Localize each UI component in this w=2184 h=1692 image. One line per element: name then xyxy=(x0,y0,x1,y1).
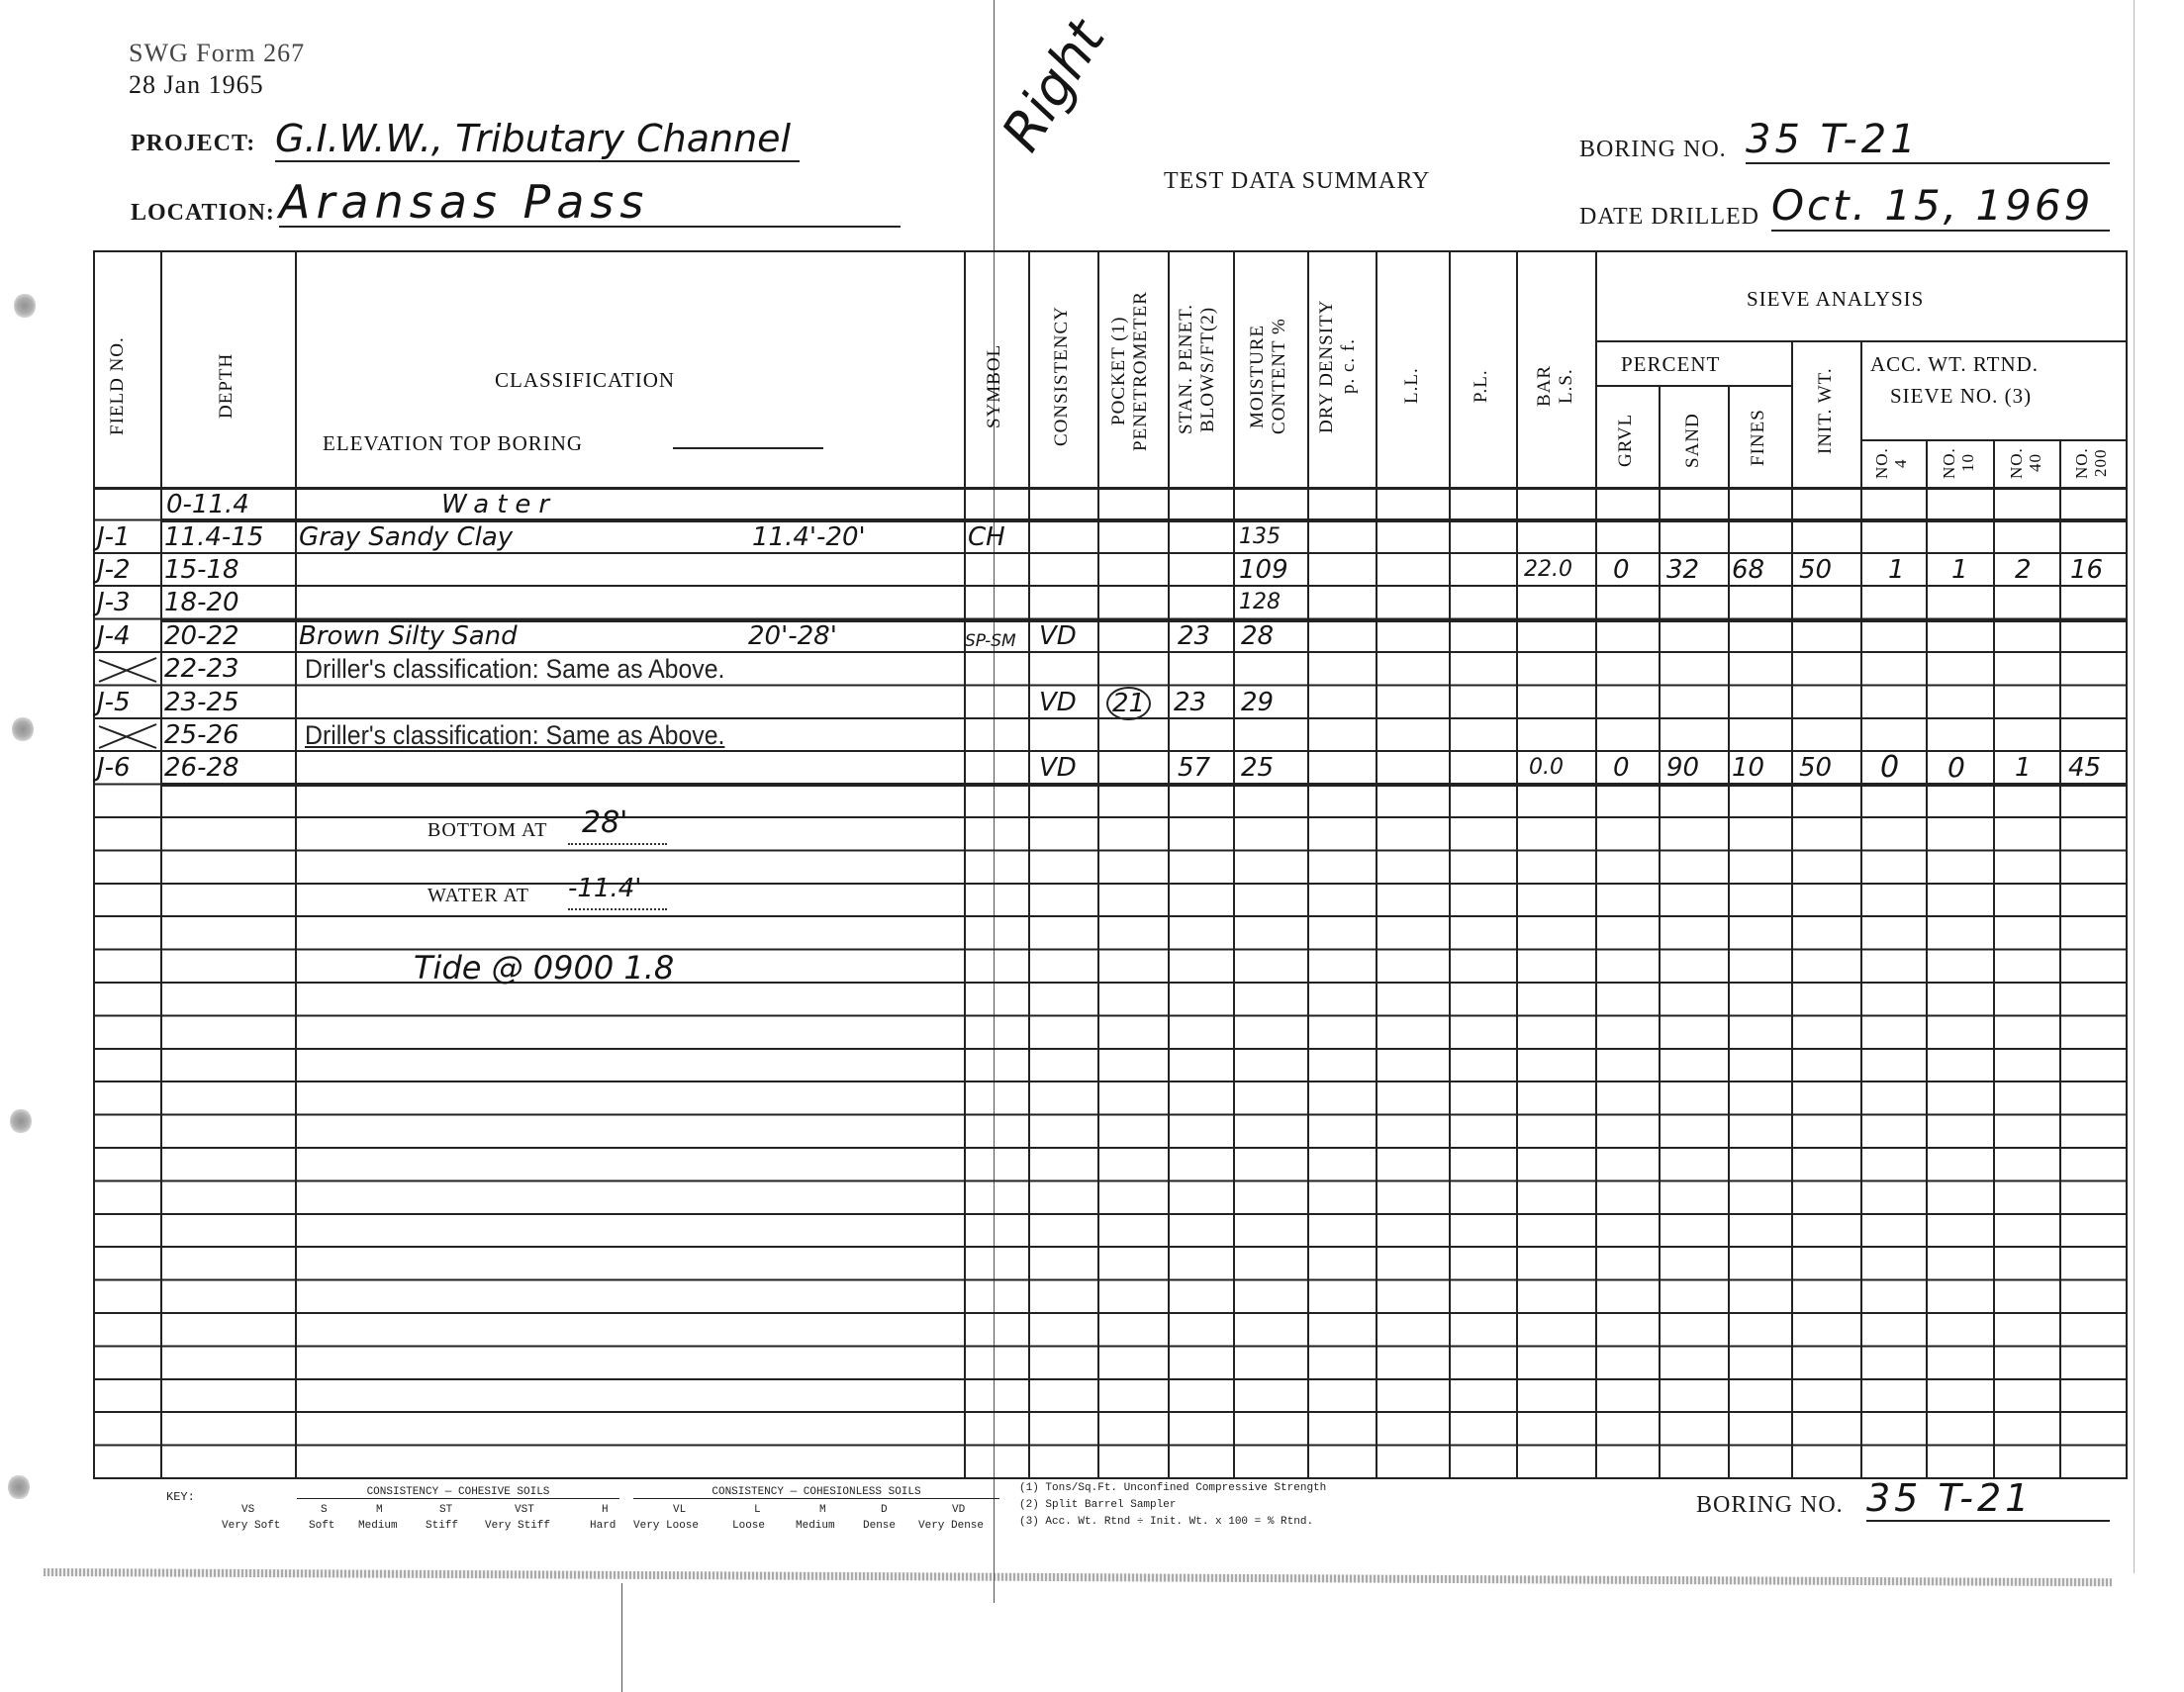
no200-cell: 16 xyxy=(2070,554,2103,586)
bar-ls-cell: 22.0 xyxy=(1524,554,1572,586)
fines-cell: 68 xyxy=(1732,554,1764,586)
project-value: G.I.W.W., Tributary Channel xyxy=(275,117,791,160)
col-header-classification: CLASSIFICATION xyxy=(495,368,675,393)
key-name: Hard xyxy=(590,1520,616,1532)
classification-range-cell: 20'-28' xyxy=(748,620,837,652)
col-header-acc-wt-rtnd: ACC. WT. RTND. xyxy=(1870,352,2039,377)
col-header-percent: PERCENT xyxy=(1621,352,1720,377)
col-header-dry-density: DRY DENSITY p. c. f. xyxy=(1316,272,1360,460)
grvl-cell: 0 xyxy=(1613,554,1630,586)
depth-cell: 23-25 xyxy=(164,687,239,718)
project-label: PROJECT: xyxy=(131,131,255,157)
col-header-bar-ls: BAR L.S. xyxy=(1534,341,1577,430)
field-no-cell: J-3 xyxy=(97,587,131,618)
page-right-edge xyxy=(2134,0,2135,1573)
header-divider xyxy=(1595,385,1791,387)
no4-cell: 1 xyxy=(1888,554,1905,586)
stan-penet-cell: 23 xyxy=(1174,687,1206,718)
field-no-cell: J-6 xyxy=(97,752,131,784)
init-wt-cell: 50 xyxy=(1799,554,1832,586)
moisture-cell: 29 xyxy=(1241,687,1274,718)
no10-cell: 1 xyxy=(1951,554,1968,586)
key-cohesionless-title: CONSISTENCY — COHESIONLESS SOILS xyxy=(633,1486,999,1499)
margin-note: Right xyxy=(990,9,1117,161)
elevation-top-boring-field xyxy=(673,447,823,449)
water-at-label: WATER AT xyxy=(427,885,529,907)
key-name: Loose xyxy=(732,1520,765,1532)
grvl-cell: 0 xyxy=(1613,752,1630,784)
crossed-out-icon xyxy=(97,722,158,750)
col-header-no4: NO. 4 xyxy=(1872,443,1910,483)
key-abbr: S xyxy=(321,1504,328,1516)
col-header-depth: DEPTH xyxy=(216,336,237,435)
depth-cell: 26-28 xyxy=(164,752,239,784)
water-at-value: -11.4' xyxy=(568,873,641,904)
moisture-cell: 25 xyxy=(1241,752,1274,784)
boring-no-value: 35 T-21 xyxy=(1746,117,1920,162)
depth-cell: 18-20 xyxy=(164,587,239,618)
footnote-2: (2) Split Barrel Sampler xyxy=(1019,1499,1176,1511)
key-abbr: H xyxy=(602,1504,609,1516)
key-name: Soft xyxy=(309,1520,334,1532)
field-no-cell: J-5 xyxy=(97,687,131,718)
col-header-symbol: SYMBOL xyxy=(984,317,1005,455)
col-header-pl: P.L. xyxy=(1471,346,1492,425)
col-header-fines: FINES xyxy=(1748,396,1769,480)
field-no-cell: J-4 xyxy=(97,620,131,652)
bottom-at-value: 28' xyxy=(582,807,627,839)
key-abbr: D xyxy=(881,1504,888,1516)
col-header-pocket-penetrometer: POCKET (1) PENETROMETER xyxy=(1108,262,1152,480)
bottom-at-label: BOTTOM AT xyxy=(427,819,547,842)
consistency-cell: VD xyxy=(1039,687,1077,718)
key-abbr: M xyxy=(376,1504,383,1516)
key-name: Very Loose xyxy=(633,1520,699,1532)
depth-cell: 22-23 xyxy=(164,653,239,685)
hole-punch-mark xyxy=(12,716,34,742)
date-drilled-field: Oct. 15, 1969 xyxy=(1771,182,2110,232)
classification-cell: Driller's classification: Same as Above. xyxy=(305,653,724,685)
circled-value: 21 xyxy=(1106,687,1151,720)
header-divider xyxy=(1860,439,2128,441)
boring-no-label: BORING NO. xyxy=(1579,137,1727,163)
key-name: Stiff xyxy=(426,1520,458,1532)
footnote-3: (3) Acc. Wt. Rtnd ÷ Init. Wt. x 100 = % … xyxy=(1019,1516,1313,1528)
key-abbr: VST xyxy=(515,1504,534,1516)
moisture-cell: 28 xyxy=(1241,620,1274,652)
water-at-underline xyxy=(568,908,667,910)
key-name: Very Dense xyxy=(918,1520,984,1532)
col-header-no40: NO. 40 xyxy=(2007,443,2044,483)
pocket-penetrometer-cell: 21 xyxy=(1106,687,1151,720)
col-header-init-wt: INIT. WT. xyxy=(1815,346,1837,475)
col-header-no10: NO. 10 xyxy=(1940,443,1977,483)
tide-note: Tide @ 0900 1.8 xyxy=(414,952,674,984)
key-abbr: L xyxy=(754,1504,761,1516)
row-separator-heavy xyxy=(160,783,2128,787)
col-header-no200: NO. 200 xyxy=(2072,443,2110,483)
boring-no-field: 35 T-21 xyxy=(1746,117,2110,164)
sand-cell: 32 xyxy=(1666,554,1699,586)
header-divider xyxy=(1595,340,2128,342)
date-drilled-value: Oct. 15, 1969 xyxy=(1771,181,2093,230)
key-abbr: VL xyxy=(673,1504,686,1516)
col-header-field-no: FIELD NO. xyxy=(107,297,129,475)
consistency-cell: VD xyxy=(1039,620,1077,652)
location-label: LOCATION: xyxy=(131,200,275,227)
hole-punch-mark xyxy=(10,1108,32,1134)
elevation-top-boring-label: ELEVATION TOP BORING xyxy=(323,431,583,456)
col-header-grvl: GRVL xyxy=(1615,401,1637,480)
col-header-stan-penet: STAN. PENET. BLOWS/FT(2) xyxy=(1176,265,1219,473)
no10-cell: 0 xyxy=(1947,752,1965,784)
project-field: G.I.W.W., Tributary Channel xyxy=(275,117,800,162)
key-abbr: VD xyxy=(952,1504,965,1516)
key-abbr: VS xyxy=(241,1504,254,1516)
symbol-cell: SP-SM xyxy=(965,625,1016,657)
col-header-ll: L.L. xyxy=(1401,346,1423,425)
col-header-sand: SAND xyxy=(1682,401,1704,480)
key-name: Medium xyxy=(796,1520,835,1532)
key-name: Medium xyxy=(358,1520,398,1532)
classification-range-cell: 11.4'-20' xyxy=(752,521,866,553)
depth-cell: 25-26 xyxy=(164,719,239,751)
key-abbr: M xyxy=(819,1504,826,1516)
classification-cell: Driller's classification: Same as Above. xyxy=(305,719,724,751)
location-field: Aransas Pass xyxy=(279,178,901,228)
moisture-cell: 109 xyxy=(1239,554,1288,586)
footer-boring-no-label: BORING NO. xyxy=(1696,1492,1844,1519)
fines-cell: 10 xyxy=(1732,752,1764,784)
no4-cell: 0 xyxy=(1880,752,1899,784)
depth-cell: 0-11.4 xyxy=(166,489,249,520)
footer-boring-no-value: 35 T-21 xyxy=(1866,1476,2033,1520)
col-header-consistency: CONSISTENCY xyxy=(1051,282,1073,470)
col-header-moisture-content: MOISTURE CONTENT % xyxy=(1247,282,1290,470)
field-no-cell: J-2 xyxy=(97,554,131,586)
stan-penet-cell: 23 xyxy=(1178,620,1210,652)
location-value: Aransas Pass xyxy=(279,175,649,229)
moisture-cell: 128 xyxy=(1239,587,1281,618)
no200-cell: 45 xyxy=(2068,752,2101,784)
key-label: KEY: xyxy=(166,1490,195,1504)
key-name: Very Stiff xyxy=(485,1520,550,1532)
no40-cell: 2 xyxy=(2015,554,2032,586)
bar-ls-cell: 0.0 xyxy=(1529,752,1564,784)
classification-cell: Gray Sandy Clay xyxy=(299,521,513,553)
fold-line xyxy=(621,1583,622,1692)
field-no-cell: J-1 xyxy=(97,521,131,553)
key-abbr: ST xyxy=(439,1504,452,1516)
key-name: Dense xyxy=(863,1520,896,1532)
col-header-sieve-no: SIEVE NO. (3) xyxy=(1890,384,2032,409)
key-cohesive-title: CONSISTENCY — COHESIVE SOILS xyxy=(297,1486,619,1499)
depth-cell: 15-18 xyxy=(164,554,239,586)
crossed-out-icon xyxy=(97,656,158,684)
footer-boring-no-field: 35 T-21 xyxy=(1866,1476,2110,1522)
consistency-cell: VD xyxy=(1039,752,1077,784)
classification-cell: Brown Silty Sand xyxy=(299,620,518,652)
moisture-cell: 135 xyxy=(1239,521,1281,553)
depth-cell: 20-22 xyxy=(164,620,239,652)
init-wt-cell: 50 xyxy=(1799,752,1832,784)
bottom-at-underline xyxy=(568,843,667,845)
page-bottom-edge xyxy=(44,1568,2112,1586)
key-name: Very Soft xyxy=(222,1520,280,1532)
footnote-1: (1) Tons/Sq.Ft. Unconfined Compressive S… xyxy=(1019,1482,1326,1494)
depth-cell: 11.4-15 xyxy=(164,521,263,553)
form-date: 28 Jan 1965 xyxy=(129,69,264,101)
col-header-sieve-analysis: SIEVE ANALYSIS xyxy=(1747,287,1924,312)
sand-cell: 90 xyxy=(1666,752,1699,784)
hole-punch-mark xyxy=(14,293,36,319)
stan-penet-cell: 57 xyxy=(1178,752,1210,784)
date-drilled-label: DATE DRILLED xyxy=(1579,204,1759,231)
hole-punch-mark xyxy=(8,1474,30,1500)
page-title: TEST DATA SUMMARY xyxy=(1164,168,1430,195)
form-id: SWG Form 267 xyxy=(129,38,305,69)
symbol-cell: CH xyxy=(968,521,1005,553)
classification-cell: Water xyxy=(441,489,557,520)
no40-cell: 1 xyxy=(2015,752,2032,784)
